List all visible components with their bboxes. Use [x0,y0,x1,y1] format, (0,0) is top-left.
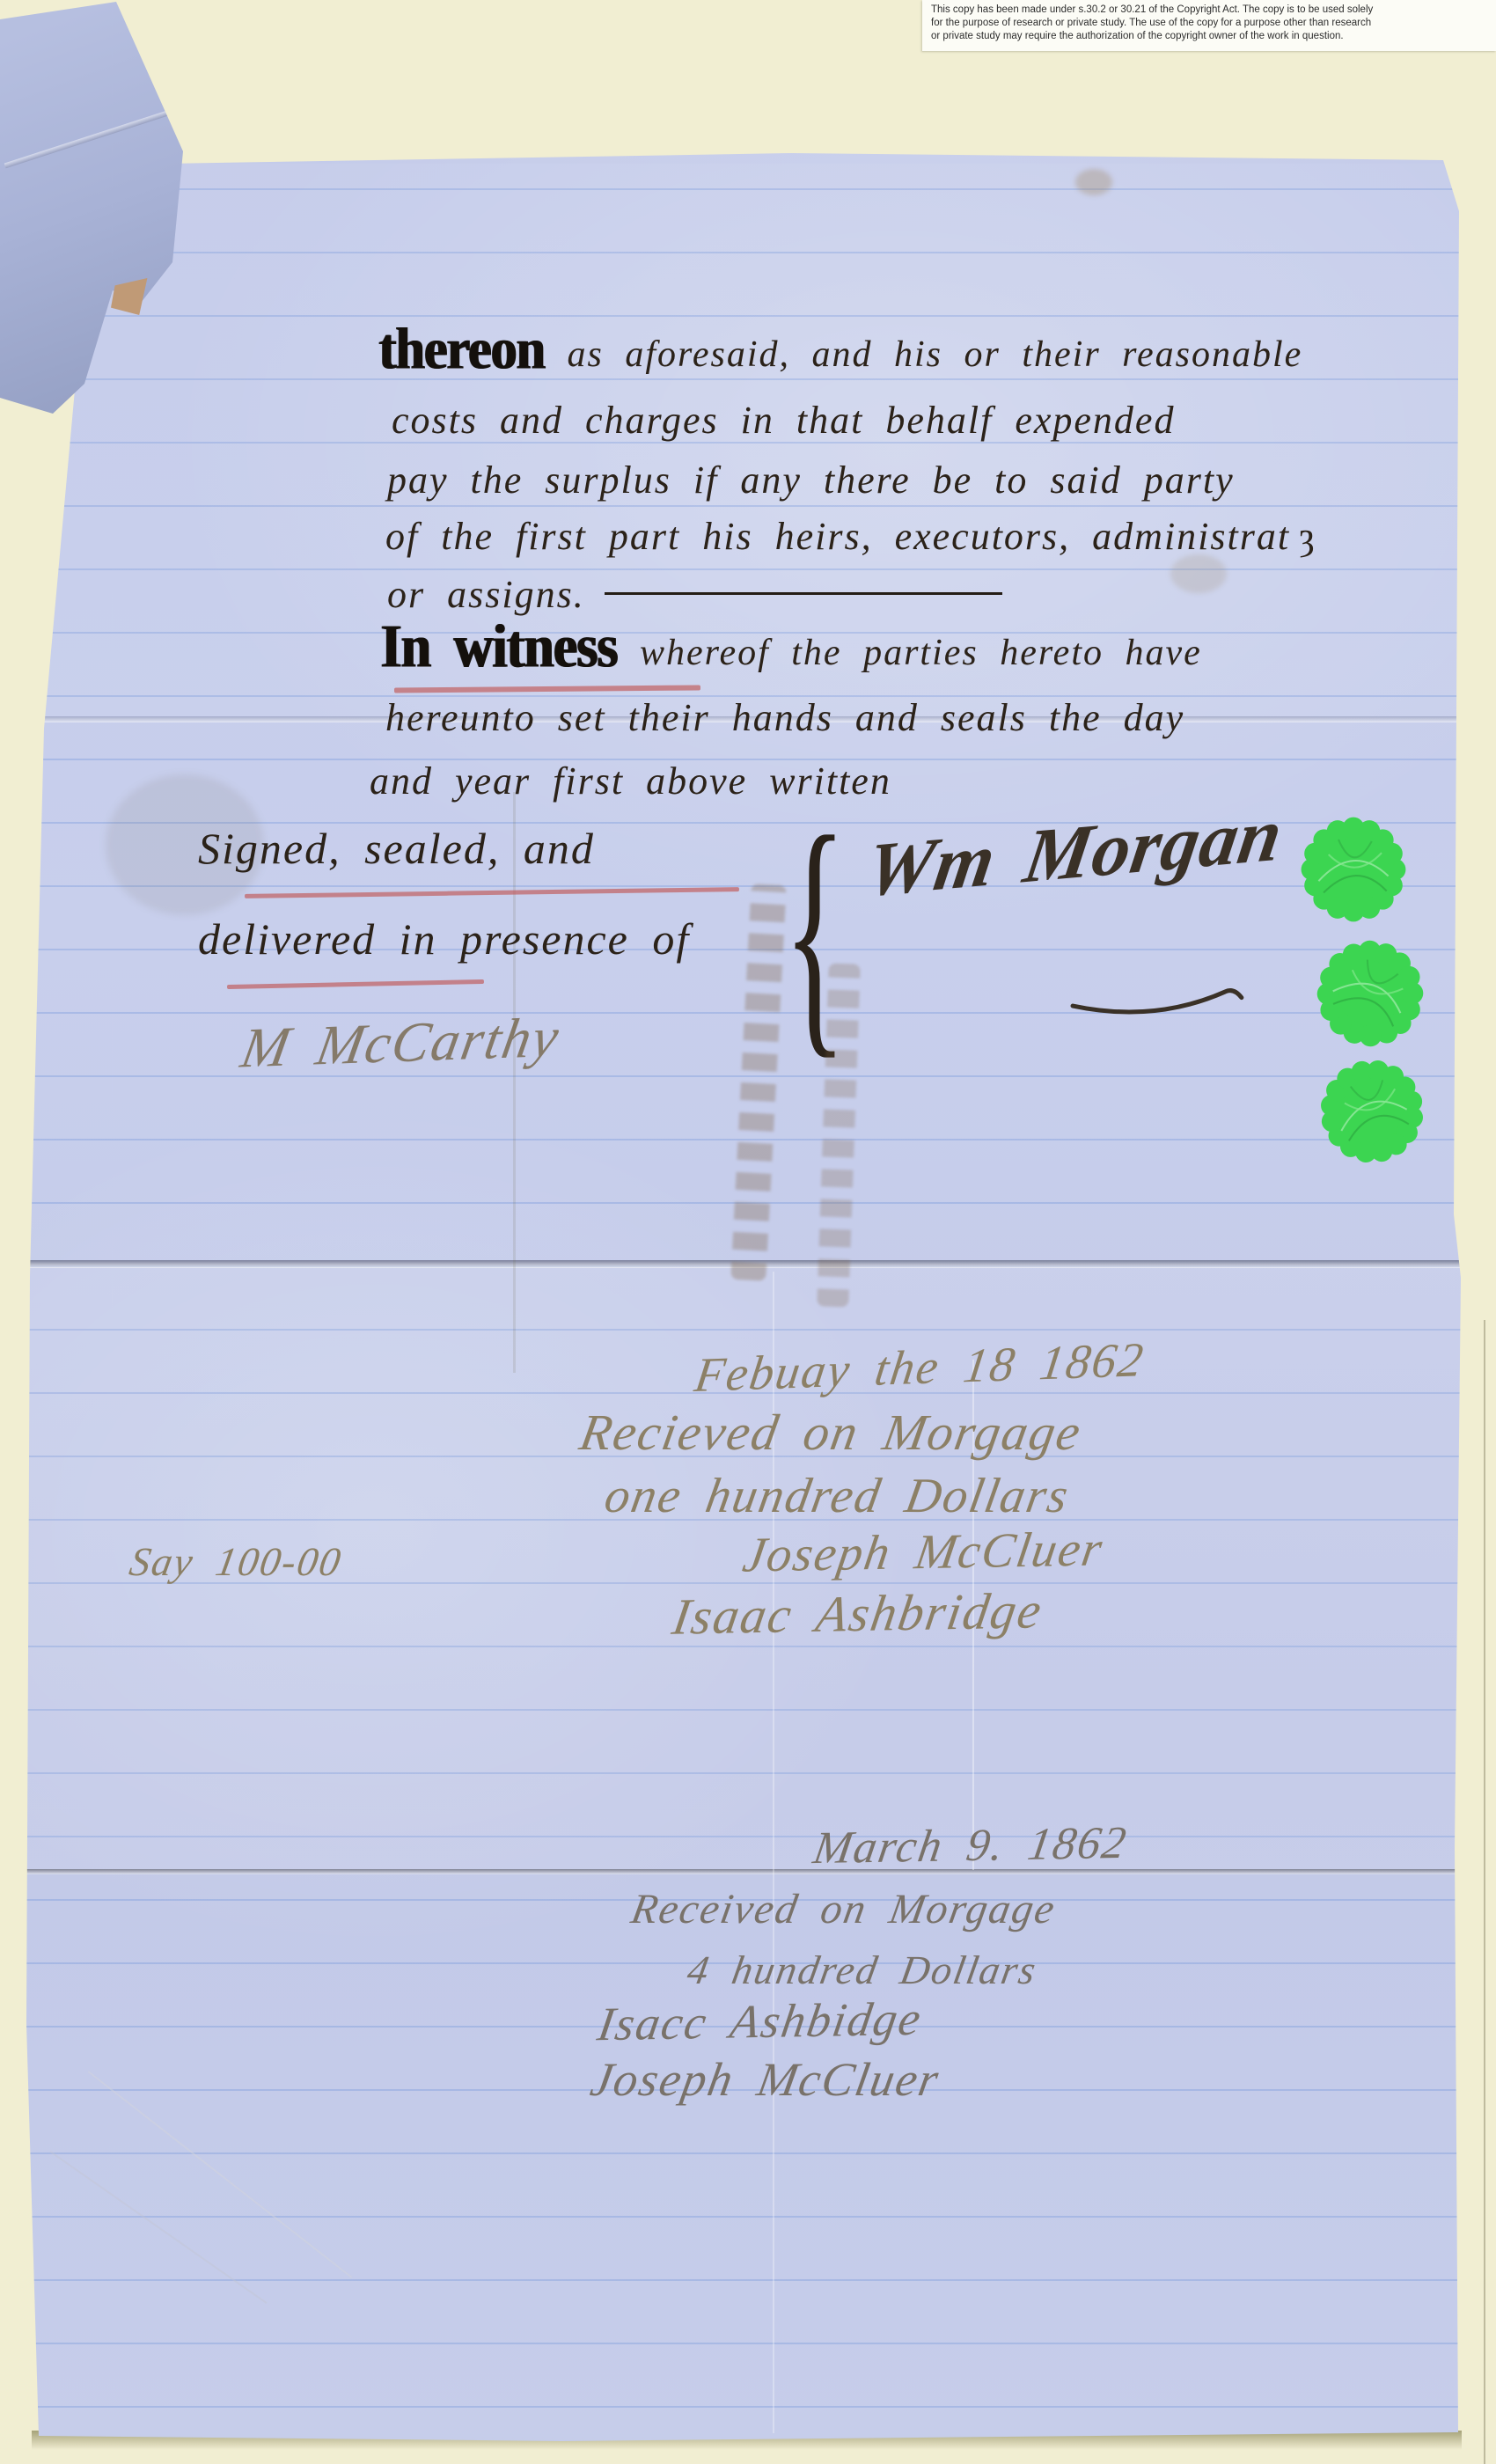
copyright-line-2: for the purpose of research or private s… [931,17,1491,30]
scratch-line-1 [88,2071,353,2278]
paper-stain [1170,554,1227,593]
deed-line-1-text: as aforesaid, and his or their reasonabl… [568,334,1303,376]
receipt2-line-2: 4 hundred Dollars [684,1947,1041,1993]
red-underline-in-witness [394,685,700,693]
closing-rule-line [605,592,1002,595]
receipt1-line-2: one hundred Dollars [600,1468,1074,1524]
line-end-flourish: ȝ [1299,514,1316,559]
vertical-stamp-left [730,884,786,1280]
blackletter-thereon: thereon [378,315,545,383]
fold-piece-crease [4,101,199,169]
deed-line-2: costs and charges in that behalf expende… [392,398,1175,443]
deed-line-4: of the first part his heirs, executors, … [385,514,1316,559]
receipt2-signature-2: Joseph McCluer [587,2052,944,2107]
deed-line-4-text: of the first part his heirs, executors, … [385,514,1290,559]
red-underline-signed-sealed [245,887,739,898]
blackletter-in-witness: In witness [380,612,617,683]
attestation-line-1: Signed, sealed, and [198,823,595,874]
witness-clause-line-1: In witness whereof the parties hereto ha… [380,616,1202,678]
receipt1-date: Febuay the 18 1862 [692,1331,1148,1403]
receipt2-signature-1: Isacc Ashbidge [594,1991,926,2052]
red-underline-delivered [227,979,484,989]
receipt2-line-1: Received on Morgage [627,1885,1060,1933]
deed-line-3: pay the surplus if any there be to said … [387,458,1235,502]
wafer-seal-3 [1302,1042,1441,1181]
vertical-crease-1 [513,792,516,1373]
attestation-line-2: delivered in presence of [198,913,690,964]
witness-clause-line-2: hereunto set their hands and seals the d… [385,695,1184,740]
scratch-line-2 [50,2151,268,2304]
grantor-signature: Wm Morgan [861,789,1289,915]
deed-line-1: thereon as aforesaid, and his or their r… [378,319,1302,379]
wafer-seal-2 [1294,917,1447,1070]
witness-signature: M McCarthy [237,1004,566,1081]
receipt1-signature-1: Joseph McCluer [739,1521,1108,1583]
wafer-seal-1 [1295,811,1412,928]
deed-line-5-text: or assigns. [387,573,585,616]
ink-stain [1075,169,1112,195]
signature-swash [1068,978,1255,1028]
receipt1-signature-2: Isaac Ashbridge [669,1580,1047,1646]
copyright-line-1: This copy has been made under s.30.2 or … [931,4,1491,17]
deed-line-5: or assigns. [387,572,1002,617]
deed-page: thereon as aforesaid, and his or their r… [0,0,1496,2464]
scanned-document: thereon as aforesaid, and his or their r… [0,0,1496,2464]
receipt2-date: March 9. 1862 [810,1817,1131,1874]
copyright-notice: This copy has been made under s.30.2 or … [922,0,1496,51]
scanner-bed-edge [1484,1320,1485,2464]
fold-crease-3 [0,1869,1496,1874]
copyright-line-3: or private study may require the authori… [931,30,1491,43]
receipt1-line-1: Recieved on Morgage [576,1403,1087,1462]
witness-clause-text: whereof the parties hereto have [640,632,1202,674]
receipt1-amount-note: Say 100-00 [126,1538,346,1585]
